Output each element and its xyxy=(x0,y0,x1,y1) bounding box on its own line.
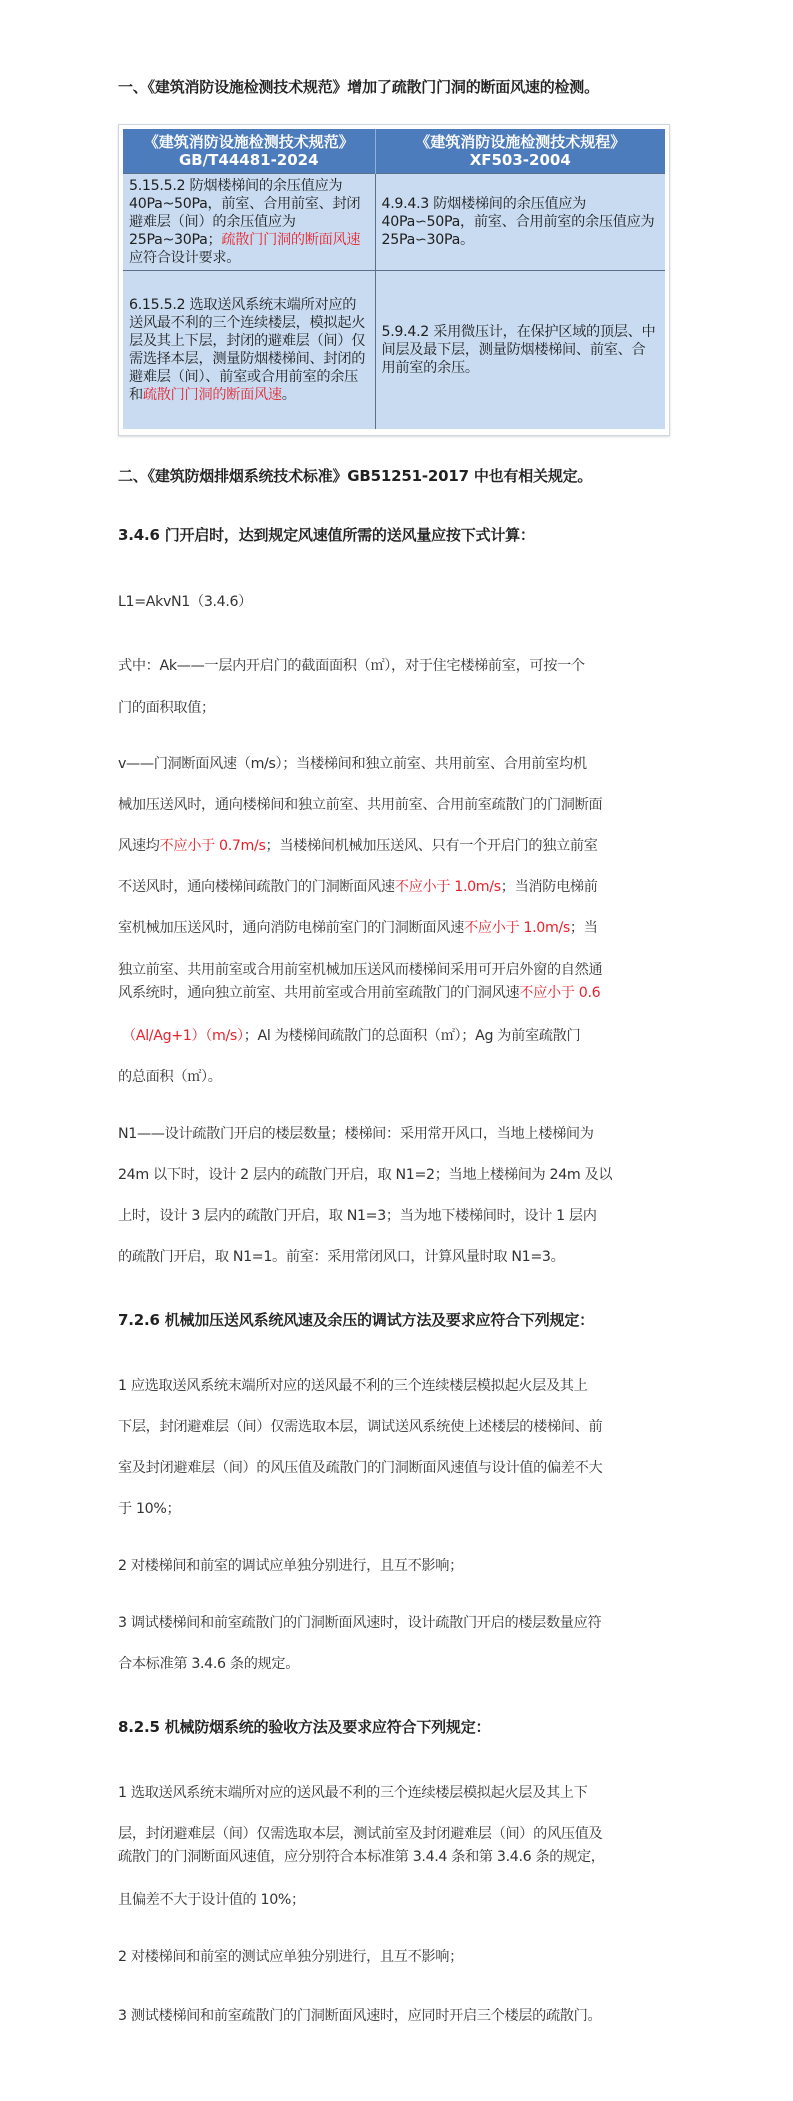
header-title: 《建筑消防设施检测技术规范》 xyxy=(127,133,371,151)
v-definition-line: 独立前室、共用前室或合用前室机械加压送风而楼梯间采用可开启外窗的自然通 xyxy=(118,959,602,979)
table-cell-gb: 6.15.5.2 选取送风系统末端所对应的送风最不利的三个连续楼层，模拟起火层及… xyxy=(123,271,375,430)
n1-definition-line: 上时，设计 3 层内的疏散门开启，取 N1=3；当为地下楼梯间时，设计 1 层内 xyxy=(118,1205,597,1225)
header-code: GB/T44481-2024 xyxy=(127,151,371,169)
header-title: 《建筑消防设施检测技术规程》 xyxy=(380,133,662,151)
v-definition-line: 的总面积（㎡）。 xyxy=(118,1066,222,1086)
clause-726-item-1: 下层，封闭避难层（间）仅需选取本层，调试送风系统使上述楼层的楼梯间、前 xyxy=(118,1416,602,1436)
clause-726-item-1: 室及封闭避难层（间）的风压值及疏散门的门洞断面风速值与设计值的偏差不大 xyxy=(118,1457,602,1477)
highlight-text: 疏散门门洞的断面风速 xyxy=(143,387,282,403)
clause-726-item-3: 合本标准第 3.4.6 条的规定。 xyxy=(118,1653,299,1673)
highlight-text: 疏散门门洞的断面风速 xyxy=(221,232,360,248)
v-definition-line: 械加压送风时，通向楼梯间和独立前室、共用前室、合用前室疏散门的门洞断面 xyxy=(118,794,602,814)
clause-825-item-1: 疏散门的门洞断面风速值，应分别符合本标准第 3.4.4 条和第 3.4.6 条的… xyxy=(118,1846,605,1866)
section-1-heading: 一、《建筑消防设施检测技术规范》增加了疏散门门洞的断面风速的检测。 xyxy=(118,76,599,97)
clause-825-item-1: 1 选取送风系统末端所对应的送风最不利的三个连续楼层模拟起火层及其上下 xyxy=(118,1782,587,1802)
clause-726-item-3: 3 调试楼梯间和前室疏散门的门洞断面风速时，设计疏散门开启的楼层数量应符 xyxy=(118,1612,601,1632)
v-definition-line: 风速均不应小于 0.7m/s；当楼梯间机械加压送风、只有一个开启门的独立前室 xyxy=(118,835,598,855)
table-header-xf: 《建筑消防设施检测技术规程》 XF503-2004 xyxy=(375,129,665,174)
clause-825-item-1: 层，封闭避难层（间）仅需选取本层，测试前室及封闭避难层（间）的风压值及 xyxy=(118,1823,602,1843)
header-code: XF503-2004 xyxy=(380,151,662,169)
v-definition-line: （Al/Ag+1）（m/s）；Al 为楼梯间疏散门的总面积（㎡）；Ag 为前室疏… xyxy=(122,1025,580,1045)
comparison-table-image: 《建筑消防设施检测技术规范》 GB/T44481-2024 《建筑消防设施检测技… xyxy=(118,124,670,436)
clause-726-title: 7.2.6 机械加压送风系统风速及余压的调试方法及要求应符合下列规定： xyxy=(118,1309,594,1330)
table-cell-xf: 4.9.4.3 防烟楼梯间的余压值应为40Pa∽50Pa，前室、合用前室的余压值… xyxy=(375,174,665,271)
highlight-text: 不应小于 0.7m/s xyxy=(160,838,266,854)
v-definition-line: 不送风时，通向楼梯间疏散门的门洞断面风速不应小于 1.0m/s；当消防电梯前 xyxy=(118,876,598,896)
clause-346-title: 3.4.6 门开启时，达到规定风速值所需的送风量应按下式计算： xyxy=(118,524,535,545)
cell-text: 应符合设计要求。 xyxy=(129,250,240,266)
highlight-text: （Al/Ag+1）（m/s） xyxy=(122,1028,244,1044)
clause-825-item-1: 且偏差不大于设计值的 10%； xyxy=(118,1889,305,1909)
table-cell-xf: 5.9.4.2 采用微压计，在保护区域的顶层、中间层及最下层，测量防烟楼梯间、前… xyxy=(375,271,665,430)
clause-726-item-1: 1 应选取送风系统末端所对应的送风最不利的三个连续楼层模拟起火层及其上 xyxy=(118,1375,587,1395)
highlight-text: 不应小于 1.0m/s xyxy=(464,920,570,936)
n1-definition-line: 的疏散门开启，取 N1=1。前室：采用常闭风口，计算风量时取 N1=3。 xyxy=(118,1246,564,1266)
clause-825-item-2: 2 对楼梯间和前室的测试应单独分别进行，且互不影响； xyxy=(118,1946,463,1966)
ak-definition-line: 门的面积取值； xyxy=(118,697,215,717)
section-2-heading: 二、《建筑防烟排烟系统技术标准》GB51251-2017 中也有相关规定。 xyxy=(118,465,592,486)
ak-definition-line: 式中：Ak——一层内开启门的截面面积（㎡），对于住宅楼梯前室，可按一个 xyxy=(118,655,585,675)
table-header-gb: 《建筑消防设施检测技术规范》 GB/T44481-2024 xyxy=(123,129,375,174)
highlight-text: 不应小于 1.0m/s xyxy=(395,879,501,895)
clause-726-item-1: 于 10%； xyxy=(118,1498,180,1518)
n1-definition-line: 24m 以下时，设计 2 层内的疏散门开启，取 N1=2；当地上楼梯间为 24m… xyxy=(118,1164,612,1184)
table-header-row: 《建筑消防设施检测技术规范》 GB/T44481-2024 《建筑消防设施检测技… xyxy=(123,129,665,174)
v-definition-line: 室机械加压送风时，通向消防电梯前室门的门洞断面风速不应小于 1.0m/s；当 xyxy=(118,917,598,937)
clause-825-title: 8.2.5 机械防烟系统的验收方法及要求应符合下列规定： xyxy=(118,1716,490,1737)
table-row: 5.15.5.2 防烟楼梯间的余压值应为40Pa~50Pa，前室、合用前室、封闭… xyxy=(123,174,665,271)
n1-definition-line: N1——设计疏散门开启的楼层数量；楼梯间：采用常开风口，当地上楼梯间为 xyxy=(118,1123,594,1143)
formula: L1=AkvN1（3.4.6） xyxy=(118,591,252,611)
table-row: 6.15.5.2 选取送风系统末端所对应的送风最不利的三个连续楼层，模拟起火层及… xyxy=(123,271,665,430)
clause-825-item-3: 3 测试楼梯间和前室疏散门的门洞断面风速时，应同时开启三个楼层的疏散门。 xyxy=(118,2005,601,2025)
v-definition-line: v——门洞断面风速（m/s）；当楼梯间和独立前室、共用前室、合用前室均机 xyxy=(118,753,587,773)
table-cell-gb: 5.15.5.2 防烟楼梯间的余压值应为40Pa~50Pa，前室、合用前室、封闭… xyxy=(123,174,375,271)
cell-text: 。 xyxy=(282,387,296,403)
highlight-text: 不应小于 0.6 xyxy=(519,985,600,1001)
comparison-table: 《建筑消防设施检测技术规范》 GB/T44481-2024 《建筑消防设施检测技… xyxy=(123,129,665,429)
v-definition-line: 风系统时，通向独立前室、共用前室或合用前室疏散门的门洞风速不应小于 0.6 xyxy=(118,982,600,1002)
clause-726-item-2: 2 对楼梯间和前室的调试应单独分别进行，且互不影响； xyxy=(118,1555,463,1575)
